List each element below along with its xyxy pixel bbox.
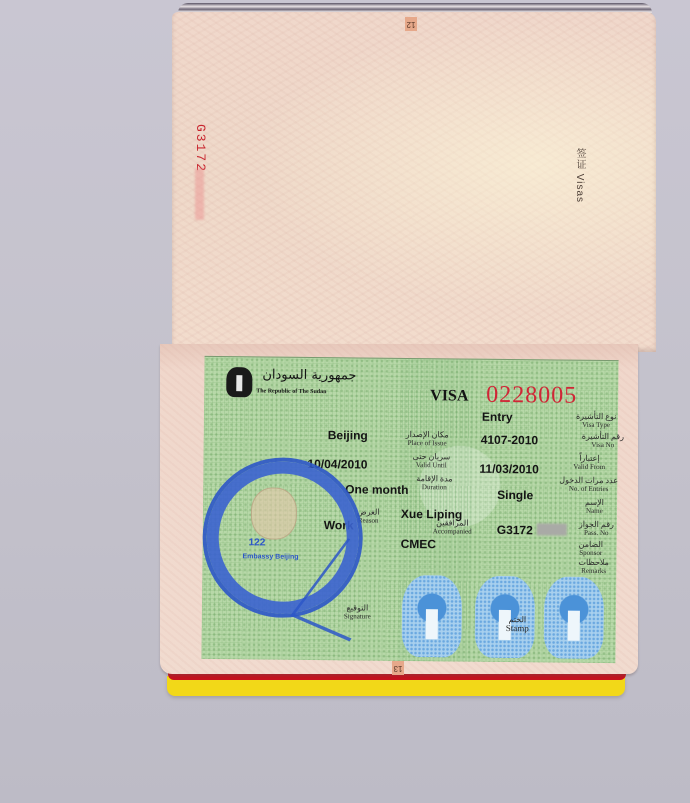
accompanied-label: المرافقينAccompanied bbox=[433, 519, 472, 535]
embassy-stamp-text: Embassy Beijing bbox=[242, 553, 298, 561]
no-of-entries-value: Single bbox=[497, 488, 533, 502]
place-of-issue-label: مكان الإصدارPlace of Issue bbox=[406, 431, 449, 447]
valid-until-label: سريان حتىValid Until bbox=[412, 453, 450, 469]
visas-section-label: 签证 Visas bbox=[572, 148, 587, 203]
duration-value: One month bbox=[345, 482, 408, 497]
visa-sticker: جمهورية السودان The Republic of The Suda… bbox=[201, 356, 618, 663]
valid-from-value: 11/03/2010 bbox=[479, 462, 539, 477]
issuer-arabic: جمهورية السودان bbox=[262, 367, 356, 383]
valid-from-label: إعتباراًValid From bbox=[573, 455, 605, 471]
page-number-lower: 13 bbox=[392, 661, 404, 675]
no-of-entries-label: عدد مرات الدخولNo. of Entries bbox=[559, 477, 618, 494]
passport-photo: 12 G3172 签证 Visas 13 جمهورية السودان The… bbox=[0, 0, 690, 803]
pass-no-value: G3172 bbox=[497, 523, 533, 537]
embassy-stamp-number: 122 bbox=[249, 537, 266, 548]
pass-no-label: رقم الجوازPass. No bbox=[579, 521, 614, 537]
passport-serial-perforation: G3172 bbox=[193, 124, 208, 173]
duration-label: مدة الإقامةDuration bbox=[416, 475, 452, 491]
issuer-english: The Republic of The Sudan bbox=[256, 388, 326, 395]
sudan-emblem-icon bbox=[226, 367, 252, 397]
sponsor-label: الضامنSponsor bbox=[579, 541, 604, 557]
visa-title: VISA bbox=[430, 387, 468, 405]
redacted-serial-blur bbox=[195, 168, 204, 220]
redacted-pass-no-blur bbox=[537, 523, 567, 535]
remarks-label: ملاحظاتRemarks bbox=[578, 559, 609, 575]
page-number-upper: 12 bbox=[405, 17, 417, 31]
stamp-label: الختمStamp bbox=[506, 616, 529, 632]
visa-no-label: رقم التأشيرةVisa No bbox=[582, 433, 624, 449]
place-of-issue-value: Beijing bbox=[328, 428, 368, 442]
visa-type-label: نوع التأشيرةVisa Type bbox=[576, 413, 617, 429]
signature-label: التوقيعSignature bbox=[344, 604, 371, 620]
fee-stamp-emblem-icon bbox=[543, 576, 604, 659]
fee-stamp-emblem-icon bbox=[401, 575, 462, 658]
visa-no-value: 4107-2010 bbox=[481, 433, 539, 448]
visa-type-value: Entry bbox=[482, 410, 513, 424]
visa-number: 0228005 bbox=[486, 382, 577, 410]
sponsor-value: CMEC bbox=[401, 537, 436, 551]
name-label: الإسمName bbox=[585, 499, 604, 515]
